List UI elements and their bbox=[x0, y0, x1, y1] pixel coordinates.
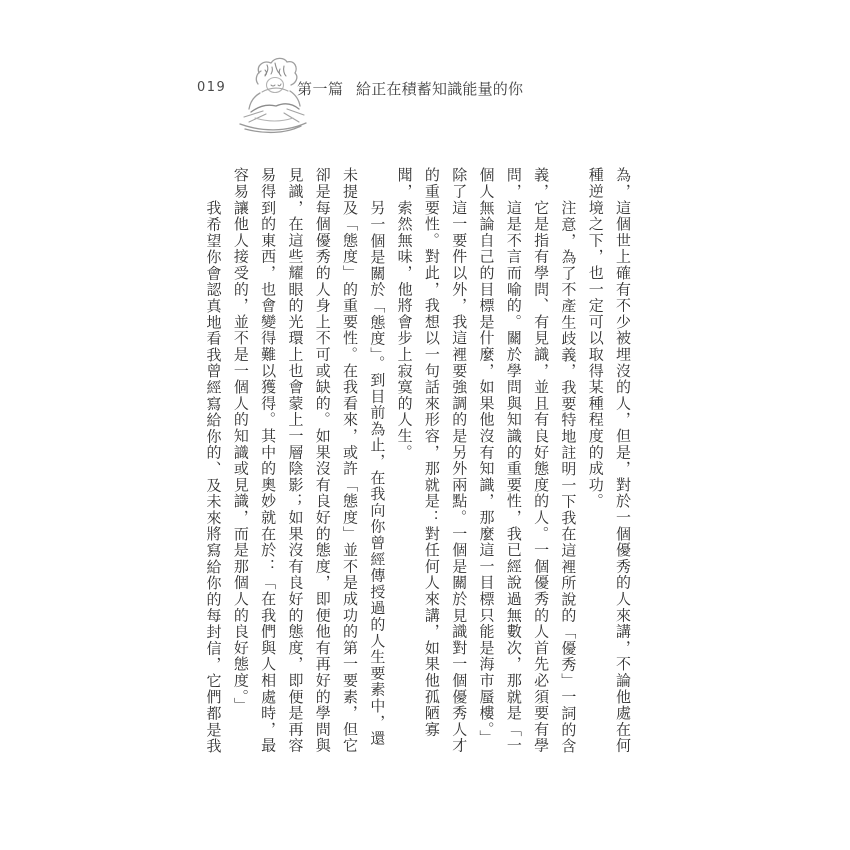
paragraph-1: 為，這個世上確有不少被埋沒的人，但是，對於一個優秀的人來講，不論他處在何種逆境之… bbox=[581, 167, 636, 759]
body-text: 為，這個世上確有不少被埋沒的人，但是，對於一個優秀的人來講，不論他處在何種逆境之… bbox=[194, 167, 636, 759]
part-title: 給正在積蓄知識能量的你 bbox=[356, 78, 523, 99]
book-page: 019 bbox=[0, 0, 850, 850]
paragraph-2: 注意，為了不產生歧義，我要特地註明一下我在這裡所說的「優秀」一詞的含義，它是指有… bbox=[390, 167, 581, 759]
paragraph-4: 我希望你會認真地看我曾經寫給你的、及未來將寫給你的每封信，它們都是我 bbox=[199, 167, 226, 759]
part-label: 第一篇 bbox=[297, 78, 344, 99]
page-number: 019 bbox=[197, 80, 226, 95]
paragraph-3: 另一個是關於「態度」。到目前為止，在我向你曾經傳授過的人生要素中，還未提及「態度… bbox=[227, 167, 391, 759]
